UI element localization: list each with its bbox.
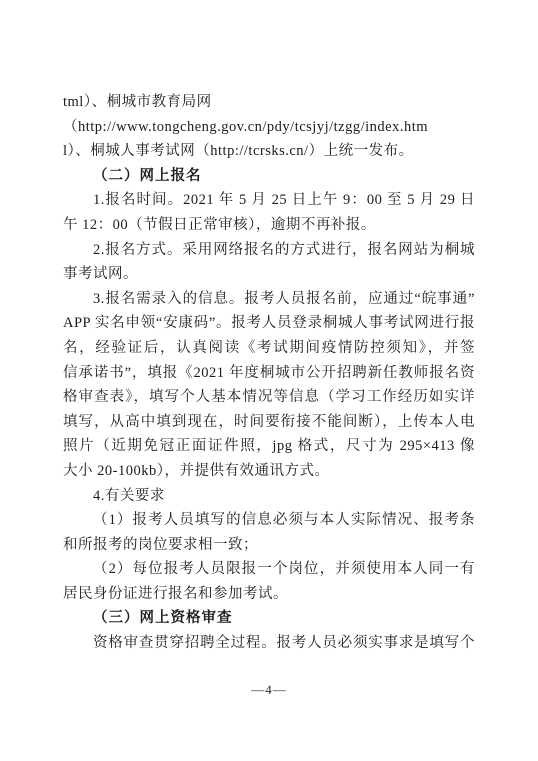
text-line: 格审查表》，填写个人基本情况等信息（学习工作经历如实详细 <box>63 385 475 410</box>
text-line: 填写，从高中填到现在，时间要衔接不能间断），上传本人电子 <box>63 410 475 435</box>
text-line: 名，经验证后，认真阅读《考试期间疫情防控须知》，并签署“诚 <box>63 336 475 361</box>
text-line: tml）、桐城市教育局网 <box>63 90 475 115</box>
document-page: tml）、桐城市教育局网 （http://www.tongcheng.gov.c… <box>0 0 538 761</box>
text-line: APP 实名申领“安康码”。报考人员登录桐城人事考试网进行报 <box>63 311 475 336</box>
text-line: 事考试网。 <box>63 262 475 287</box>
text-line: 信承诺书”，填报《2021 年度桐城市公开招聘新任教师报名资 <box>63 361 475 386</box>
section-heading-online-qualification-review: （三）网上资格审查 <box>63 606 475 631</box>
text-line: （1）报考人员填写的信息必须与本人实际情况、报考条件 <box>63 508 475 533</box>
text-line: 居民身份证进行报名和参加考试。 <box>63 582 475 607</box>
text-line: l）、桐城人事考试网（http://tcrsks.cn/）上统一发布。 <box>63 139 475 164</box>
text-line-requirements: 4.有关要求 <box>63 484 475 509</box>
section-heading-online-registration: （二）网上报名 <box>63 164 475 189</box>
text-line: 大小 20-100kb），并提供有效通讯方式。 <box>63 459 475 484</box>
text-line: 3.报名需录入的信息。报考人员报名前，应通过“皖事通” <box>63 287 475 312</box>
text-line-url: （http://www.tongcheng.gov.cn/pdy/tcsjyj/… <box>63 115 475 140</box>
text-line: 午 12：00（节假日正常审核），逾期不再补报。 <box>63 213 475 238</box>
text-line: 1.报名时间。2021 年 5 月 25 日上午 9：00 至 5 月 29 日… <box>63 188 475 213</box>
text-line: （2）每位报考人员限报一个岗位，并须使用本人同一有效 <box>63 557 475 582</box>
text-line: 和所报考的岗位要求相一致； <box>63 533 475 558</box>
page-number: —4— <box>0 682 538 698</box>
document-body: tml）、桐城市教育局网 （http://www.tongcheng.gov.c… <box>63 90 475 656</box>
text-line: 2.报名方式。采用网络报名的方式进行，报名网站为桐城人 <box>63 238 475 263</box>
text-line: 资格审查贯穿招聘全过程。报考人员必须实事求是填写个人 <box>63 631 475 656</box>
text-line: 照片（近期免冠正面证件照，jpg 格式，尺寸为 295×413 像素， <box>63 434 475 459</box>
